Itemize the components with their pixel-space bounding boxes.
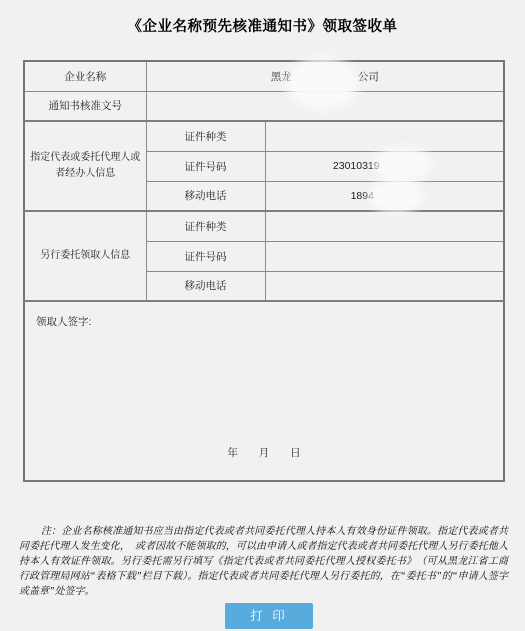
agent-mobile-value: 1894	[265, 181, 504, 211]
delegate-cert-number-label: 证件号码	[146, 241, 265, 271]
agent-group-label: 指定代表或委托代理人或者经办人信息	[24, 121, 146, 211]
date-year-label: 年	[227, 447, 238, 459]
agent-mobile-label: 移动电话	[146, 181, 265, 211]
company-name-prefix: 黑龙	[271, 71, 292, 83]
redacted-gap	[374, 195, 418, 196]
table-row: 指定代表或委托代理人或者经办人信息 证件种类	[24, 121, 504, 151]
notice-number-value	[146, 91, 504, 121]
agent-cert-type-value	[265, 121, 504, 151]
delegate-group-label: 另行委托领取人信息	[24, 211, 146, 301]
notice-number-label: 通知书核准文号	[24, 91, 146, 121]
table-row: 领取人签字: 年 月 日	[24, 301, 504, 481]
agent-cert-number-label: 证件号码	[146, 151, 265, 181]
mobile-text: 1894	[351, 190, 374, 202]
footer-note: 注：企业名称核准通知书应当由指定代表或者共同委托代理人持本人有效身份证件领取。指…	[19, 524, 508, 599]
date-month-label: 月	[259, 447, 270, 459]
delegate-cert-number-value	[265, 241, 504, 271]
company-name-suffix: 公司	[358, 71, 379, 83]
agent-cert-number-value: 23010319	[265, 151, 504, 181]
table-row: 另行委托领取人信息 证件种类	[24, 211, 504, 241]
agent-cert-type-label: 证件种类	[146, 121, 265, 151]
table-row: 通知书核准文号	[24, 91, 504, 121]
date-day-label: 日	[290, 447, 301, 459]
company-name-label: 企业名称	[24, 61, 146, 91]
company-name-value: 黑龙公司	[146, 61, 504, 91]
delegate-cert-type-value	[265, 211, 504, 241]
delegate-mobile-label: 移动电话	[146, 271, 265, 301]
signature-cell: 领取人签字: 年 月 日	[24, 301, 504, 481]
delegate-cert-type-label: 证件种类	[146, 211, 265, 241]
receipt-form-table: 企业名称 黑龙公司 通知书核准文号 指定代表或委托代理人或者经办人信息 证件种类…	[23, 60, 505, 482]
receipt-page: 《企业名称预先核准通知书》领取签收单 企业名称 黑龙公司 通知书核准文号 指定代…	[0, 0, 525, 631]
signature-label: 领取人签字:	[36, 314, 91, 329]
cert-number-text: 23010319	[333, 160, 380, 172]
date-line: 年 月 日	[25, 445, 503, 460]
redacted-gap	[380, 166, 436, 167]
delegate-mobile-value	[265, 271, 504, 301]
table-row: 企业名称 黑龙公司	[24, 61, 504, 91]
print-button[interactable]: 打 印	[225, 603, 313, 629]
redacted-gap	[292, 76, 358, 77]
page-title: 《企业名称预先核准通知书》领取签收单	[0, 15, 525, 36]
